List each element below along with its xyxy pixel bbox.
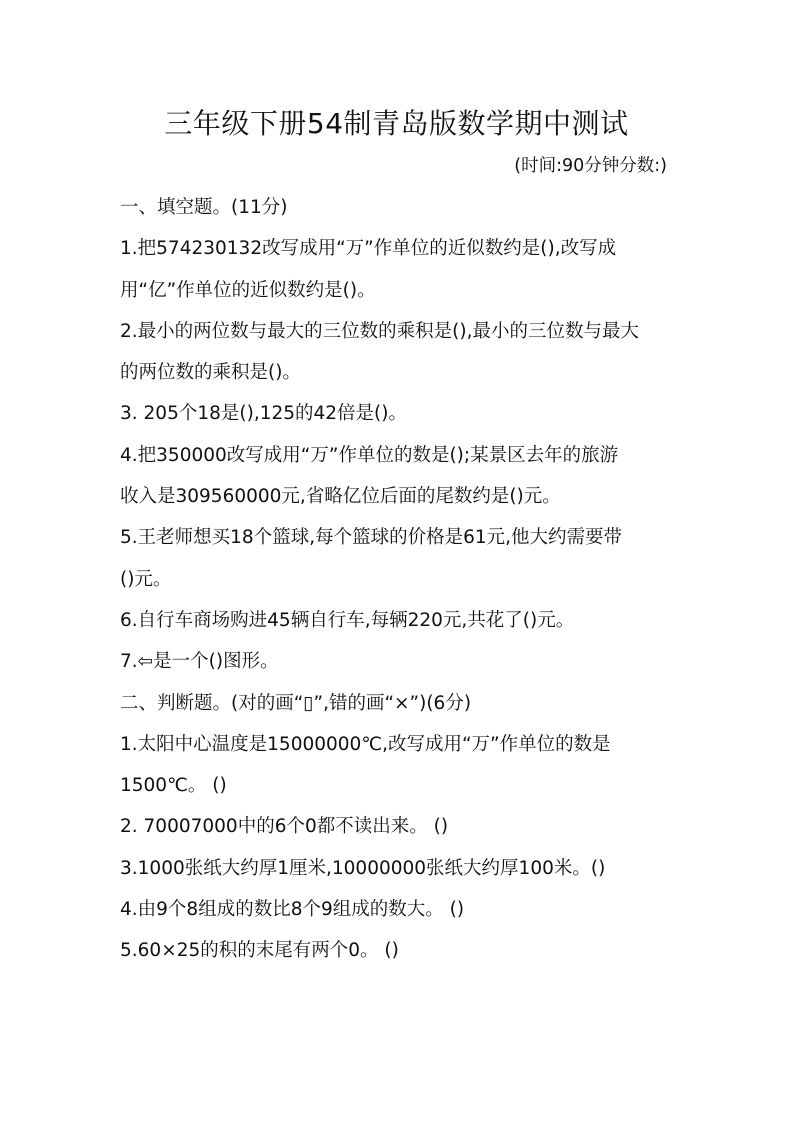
question-line: 1500℃。 () <box>120 772 680 813</box>
question-line: 2. 70007000中的6个0都不读出来。 () <box>120 813 680 854</box>
question-line: 的两位数的乘积是()。 <box>120 359 680 400</box>
question-line: 2.最小的两位数与最大的三位数的乘积是(),最小的三位数与最大 <box>120 318 680 359</box>
question-line: 用“亿”作单位的近似数约是()。 <box>120 277 680 318</box>
question-line: 4.由9个8组成的数比8个9组成的数大。 () <box>120 896 680 937</box>
exam-content: 一、填空题。(11分) 1.把574230132改写成用“万”作单位的近似数约是… <box>120 194 680 979</box>
section-heading: 二、判断题。(对的画“▯”,错的画“×”)(6分) <box>120 690 680 731</box>
section-heading: 一、填空题。(11分) <box>120 194 680 235</box>
question-line: 6.自行车商场购进45辆自行车,每辆220元,共花了()元。 <box>120 607 680 648</box>
question-line: 4.把350000改写成用“万”作单位的数是();某景区去年的旅游 <box>120 442 680 483</box>
question-line: ()元。 <box>120 566 680 607</box>
question-line: 收入是309560000元,省略亿位后面的尾数约是()元。 <box>120 483 680 524</box>
question-line: 3. 205个18是(),125的42倍是()。 <box>120 400 680 441</box>
question-line: 1.太阳中心温度是15000000℃,改写成用“万”作单位的数是 <box>120 731 680 772</box>
question-line: 5.王老师想买18个篮球,每个篮球的价格是61元,他大约需要带 <box>120 524 680 565</box>
question-line: 3.1000张纸大约厚1厘米,10000000张纸大约厚100米。() <box>120 855 680 896</box>
question-line: 7.⇦是一个()图形。 <box>120 648 680 689</box>
section-true-false: 二、判断题。(对的画“▯”,错的画“×”)(6分) 1.太阳中心温度是15000… <box>120 690 680 979</box>
exam-time-score-info: (时间:90分钟分数:) <box>514 153 667 179</box>
question-line: 5.60×25的积的末尾有两个0。 () <box>120 937 680 978</box>
section-fill-in-the-blank: 一、填空题。(11分) 1.把574230132改写成用“万”作单位的近似数约是… <box>120 194 680 690</box>
page-title: 三年级下册54制青岛版数学期中测试 <box>0 104 793 144</box>
question-line: 1.把574230132改写成用“万”作单位的近似数约是(),改写成 <box>120 235 680 276</box>
